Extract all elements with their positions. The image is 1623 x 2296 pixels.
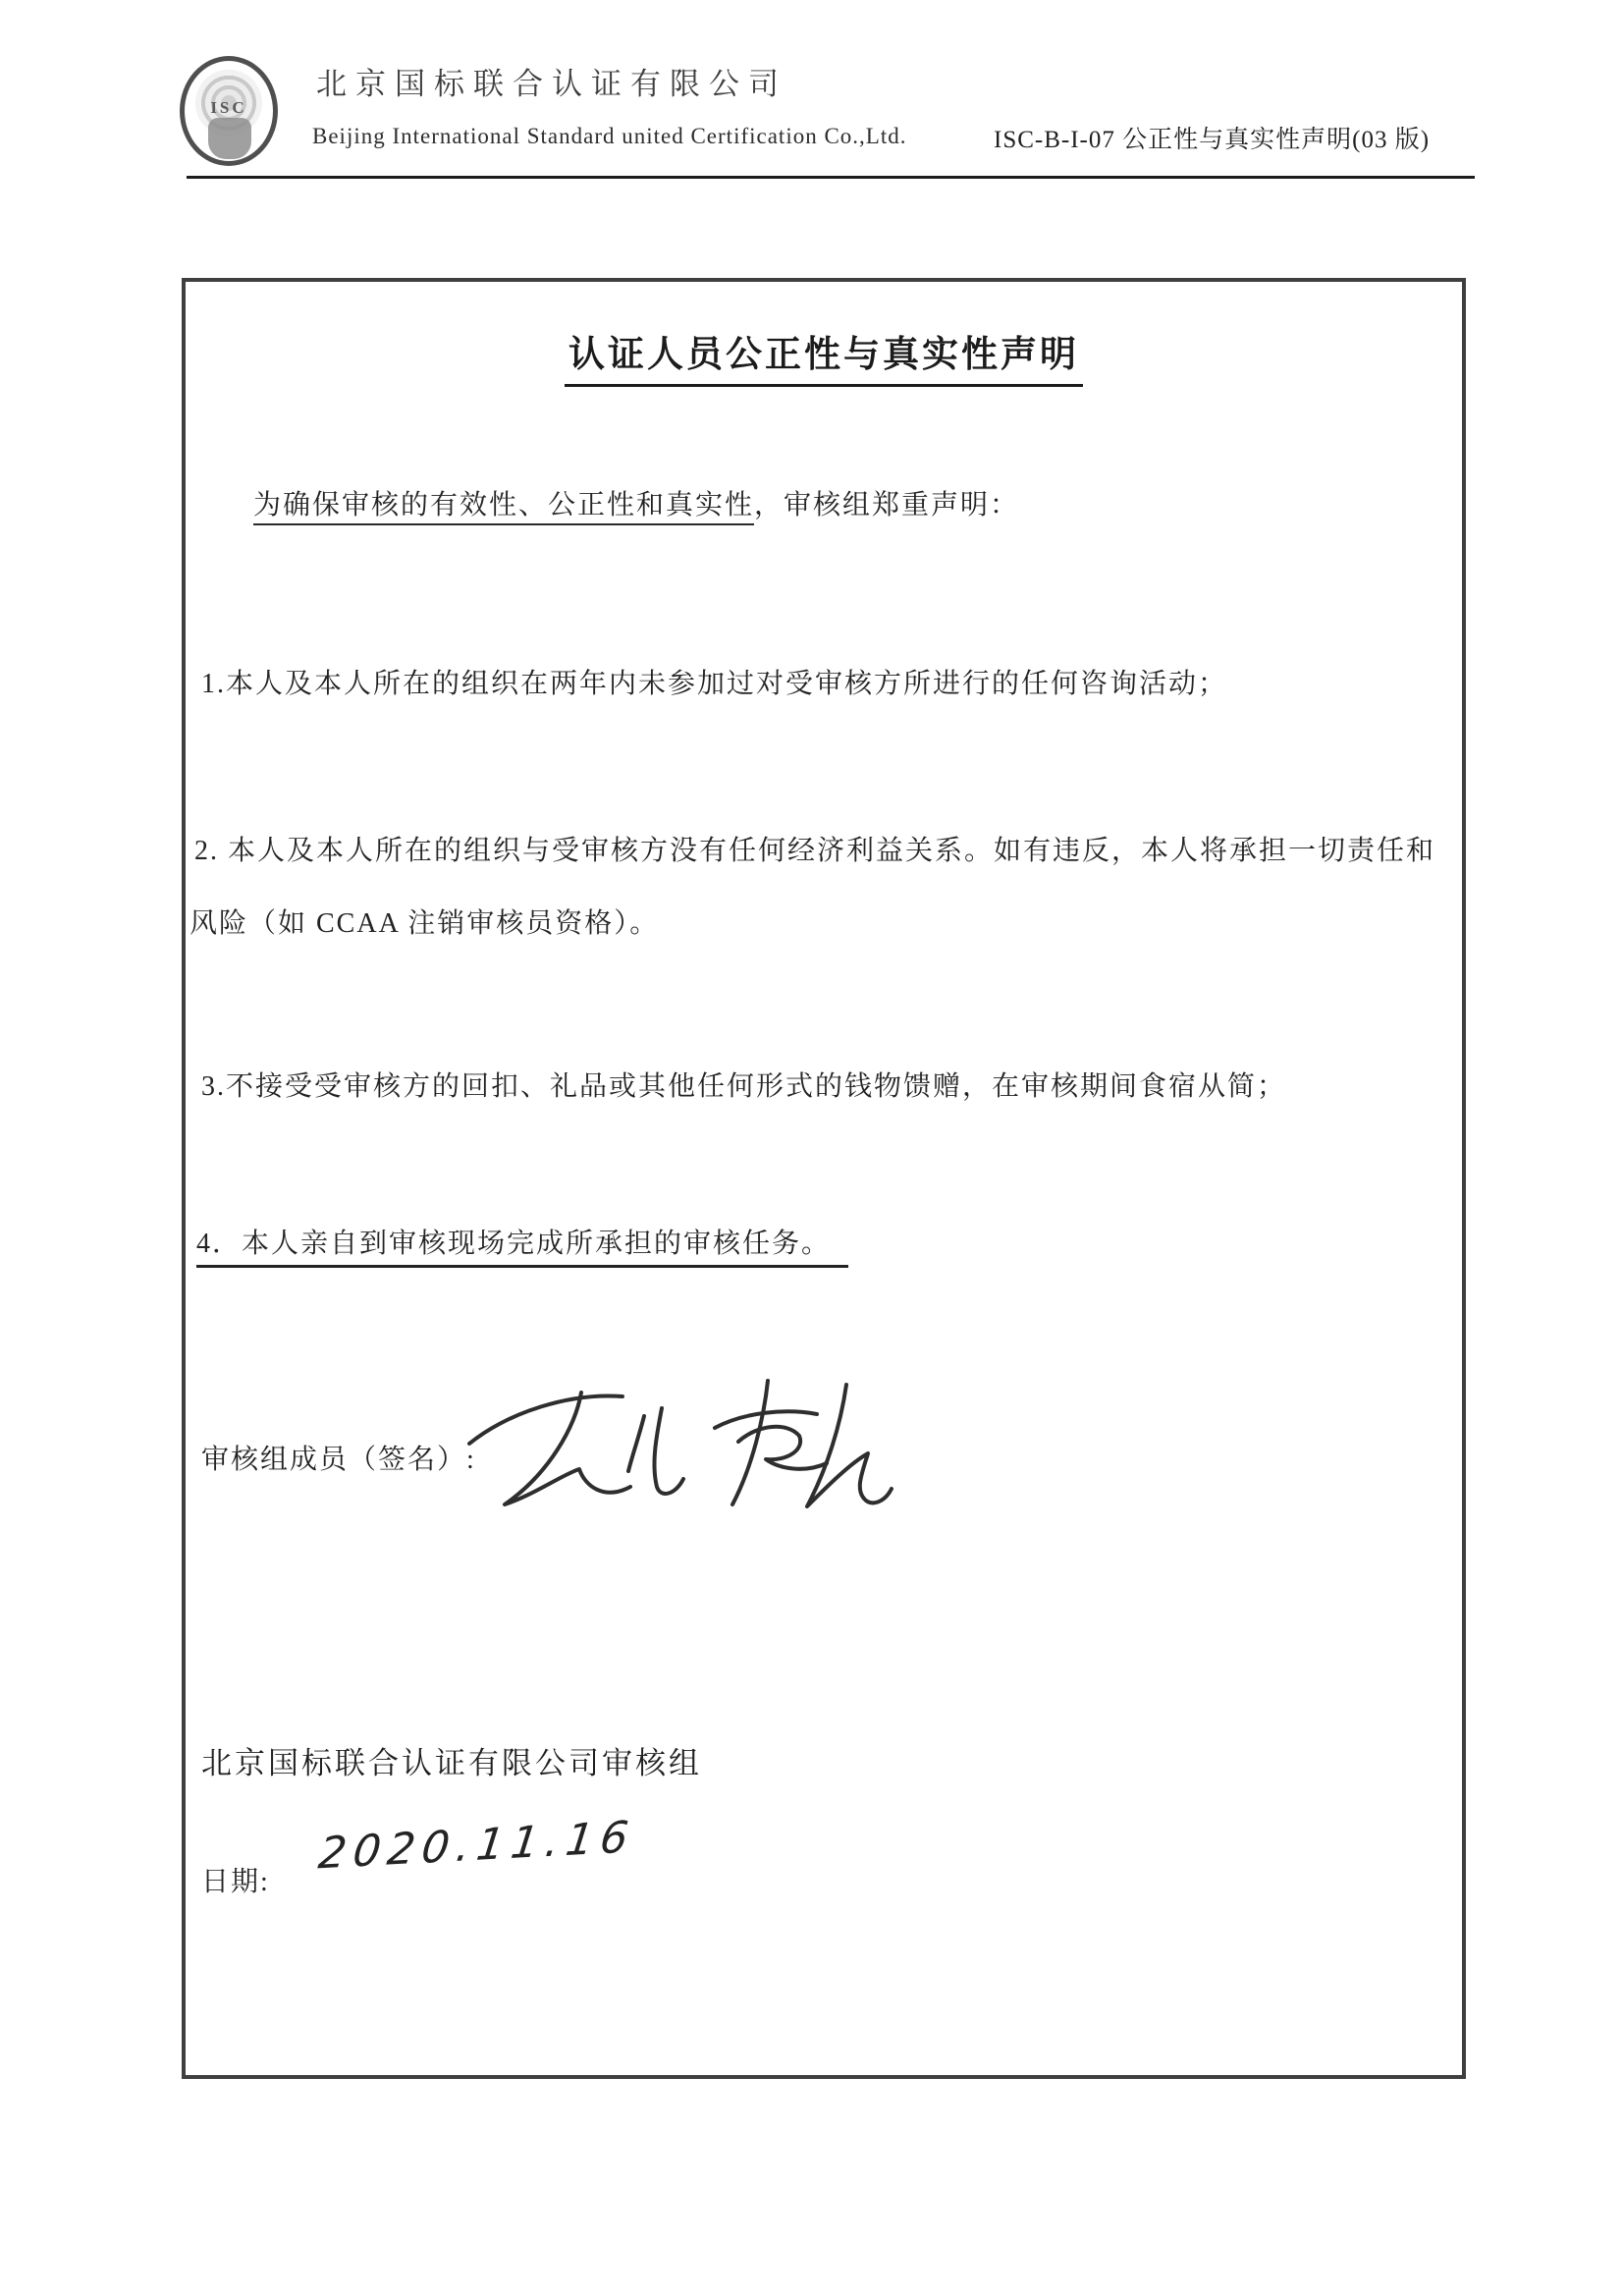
intro-rest-part: ，审核组郑重声明： (754, 490, 1019, 520)
logo-inner-blob (208, 118, 251, 159)
declaration-item-1: 1.本人及本人所在的组织在两年内未参加过对受审核方所进行的任何咨询活动； (201, 666, 1227, 703)
signature-1-stroke (469, 1395, 622, 1444)
audit-team-name: 北京国标联合认证有限公司审核组 (201, 1738, 702, 1782)
company-name-english: Beijing International Standard united Ce… (312, 124, 907, 149)
declaration-item-4-text: 4．本人亲自到审核现场完成所承担的审核任务。 (196, 1229, 848, 1268)
header-divider (187, 176, 1475, 179)
company-logo-icon: ISC (180, 56, 278, 166)
signature-label: 审核组成员（签名）: (201, 1442, 476, 1479)
handwritten-signatures (461, 1363, 933, 1550)
company-name-chinese: 北京国标联合认证有限公司 (316, 59, 787, 103)
declaration-intro: 为确保审核的有效性、公正性和真实性，审核组郑重声明： (253, 487, 1019, 524)
intro-underlined-part: 为确保审核的有效性、公正性和真实性 (253, 490, 754, 525)
signature-2-stroke (715, 1411, 817, 1428)
signature-1-stroke (628, 1416, 644, 1471)
declaration-item-4: 4．本人亲自到审核现场完成所承担的审核任务。 (196, 1226, 848, 1263)
declaration-title: 认证人员公正性与真实性声明 (182, 324, 1466, 387)
document-code: ISC-B-I-07 公正性与真实性声明(03 版) (994, 120, 1430, 155)
declaration-item-3: 3.不接受受审核方的回扣、礼品或其他任何形式的钱物馈赠，在审核期间食宿从简； (201, 1068, 1286, 1106)
signature-1-stroke (654, 1408, 683, 1494)
signature-2-stroke (807, 1385, 892, 1506)
declaration-title-text: 认证人员公正性与真实性声明 (565, 324, 1083, 387)
logo-text: ISC (185, 98, 273, 118)
declaration-border-box (182, 278, 1466, 2079)
signature-1-stroke (505, 1393, 630, 1504)
date-label: 日期: (201, 1864, 270, 1901)
declaration-item-2-line-2: 风险（如 CCAA 注销审核员资格）。 (189, 905, 659, 943)
declaration-item-2-line-1: 2. 本人及本人所在的组织与受审核方没有任何经济利益关系。如有违反，本人将承担一… (194, 833, 1435, 870)
